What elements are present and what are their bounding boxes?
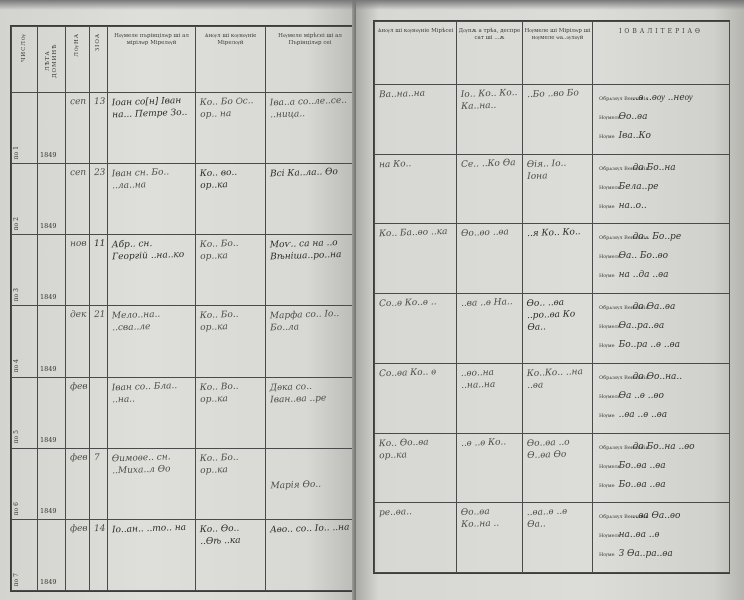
day-value: 14 [90, 520, 108, 539]
row-number-cell: по 3 [12, 235, 38, 306]
row-number-cell: по 4 [12, 306, 38, 377]
witness-label: Нѹмеле [599, 179, 617, 197]
row-number-cell: по 2 [12, 164, 38, 235]
groom-age-cell: Ко.. Во.. ор..ка [196, 377, 266, 448]
banns-text: ..ѳ ..ѳ Ко.. [457, 432, 523, 452]
table-row: Со..ѳ Ко..ѳ .. ..ва ..ѳ На.. Ѳо.. ..ѳа .… [375, 294, 730, 364]
row-number-cell: по 5 [12, 377, 38, 448]
table-row: Со..ѳа Ко.. ѳ ..ѳо..на ..на..на Ко..Ко..… [375, 363, 730, 433]
groom-age-text: Ко.. Ѳо.. ..Ѳѣ ..ка [195, 519, 265, 551]
month-cell: фев [66, 448, 90, 519]
witnesses-cell: Обрѧзѹл Венчанія до Бо..на Нѹмеле Бела..… [593, 154, 730, 224]
groom-age-cell: Ко.. во.. ор..ка [196, 164, 266, 235]
year-cell: 1849 [38, 164, 66, 235]
witness-label: Обрѧзѹл Венчанія [599, 439, 631, 457]
year-value: 1849 [40, 365, 57, 373]
month-value: дек [66, 306, 90, 325]
banns-text: Іо.. Ко.. Ко.. Ка..на.. [456, 84, 522, 116]
banns-text: ..ва ..ѳ На.. [457, 293, 523, 313]
day-cell [90, 377, 108, 448]
day-value: 21 [90, 306, 108, 325]
groom-age-cell: Ко.. Бо.. ор..ка [196, 448, 266, 519]
groom-parents-text: Іоан со[н] Іван на... Петре Зо.. [108, 91, 196, 124]
header-bride-parents: Нѹмеле мірѣсеі ші ал Пърінцілѡр сеі [266, 27, 355, 93]
groom-parents-text: Іван сн. Бо.. ..ла..на [108, 163, 196, 196]
witness-label: Нѹмеле [599, 109, 617, 127]
witnesses-cell: Обрѧзѹл Венчанія до Ѳо..на.. Нѹмеле Ѳа .… [593, 363, 730, 433]
witness-value: на..ѳа ..ѳ [619, 530, 660, 540]
year-value: 1849 [40, 151, 57, 159]
open-register-book: ЧИСЛѸ ЛѢТА ДОМИНѢ ЛѸНА ЗІОА Нѹмеле пърін… [0, 0, 744, 600]
row-number: по 7 [13, 573, 20, 586]
witness-value: до.. Бо..ре [633, 232, 682, 242]
bride-parents-cell: Моѵ.. са на ..о Вѣніша..ро..на [266, 235, 355, 306]
groom-parents-cell: Іван со.. Бла.. ..на.. [108, 377, 196, 448]
witnesses-block: Обрѧзѹл Венчанія до Бо..на ..ѳо Нѹмеле Б… [593, 434, 729, 495]
witness-value: З Ѳа..ра..ѳа [619, 549, 673, 559]
bride-age-text: ре..ѳа.. [375, 502, 457, 523]
bride-age-cell: Ко.. Ба..ѳо ..ка [375, 224, 457, 294]
table-row: Ва..на..на Іо.. Ко.. Ко.. Ка..на.. ..Бо … [375, 85, 730, 155]
month-cell: фев [66, 377, 90, 448]
groom-age-text: Ко.. Бо.. ор..ка [195, 448, 265, 480]
month-cell: нов [66, 235, 90, 306]
groom-parents-text: Ѳимоѳе.. сн. ..Миха..л Ѳо [108, 447, 196, 480]
table-row: ре..ѳа.. Ѳо..ѳа Ко..на .. ..ѳа..ѳ ..ѳ Ѳа… [375, 503, 730, 573]
left-header-row: ЧИСЛѸ ЛѢТА ДОМИНѢ ЛѸНА ЗІОА Нѹмеле пърін… [12, 27, 355, 93]
banns-cell: Ѳо..ѳа Ко..на .. [457, 503, 523, 573]
witness-value: до Бо..на [633, 163, 676, 173]
witness-label: Обрѧзѹл Венчанія [599, 299, 631, 317]
witnesses-header-text: ІОВАЛІТЕРІАѲ [619, 28, 703, 35]
table-row: на Ко.. Се.. ..Ко Ѳа Ѳія.. Іо.. Іона Обр… [375, 154, 730, 224]
priest-cell: Ко..Ко.. ..на ..ѳа [523, 363, 593, 433]
banns-cell: ..ѳо..на ..на..на [457, 363, 523, 433]
day-value: 13 [90, 93, 108, 112]
year-value: 1849 [40, 222, 57, 230]
witness-label: Нѹме [599, 337, 617, 355]
banns-cell: ..ва ..ѳ На.. [457, 294, 523, 364]
bride-parents-cell: Марія Ѳо.. [266, 448, 355, 519]
witness-value: ..ѳ ..ѳѹ ..неѹ [633, 93, 693, 103]
month-cell: сеп [66, 93, 90, 164]
header-day: ЗІОА [90, 27, 108, 93]
bride-age-cell: Ва..на..на [375, 85, 457, 155]
priest-cell: ..я Ко.. Ко.. [523, 224, 593, 294]
witness-value: Іва..Ко [619, 131, 651, 141]
header-groom-age: Ѧнѹл ші кѹнѹніе Мірелѹй [196, 27, 266, 93]
year-value: 1849 [40, 293, 57, 301]
witnesses-cell: Обрѧзѹл Венчанія до Бо..на ..ѳо Нѹмеле Б… [593, 433, 730, 503]
priest-text: Ѳо..ѳа ..о Ѳ..ѳа Ѳо [522, 432, 592, 464]
banns-cell: Ѳо..ѳо ..ѳа [457, 224, 523, 294]
witnesses-block: Обрѧзѹл Венчанія ..ѳа Ѳа..ѳо Нѹмеле на..… [593, 503, 729, 564]
table-row: Ко.. Ба..ѳо ..ка Ѳо..ѳо ..ѳа ..я Ко.. Ко… [375, 224, 730, 294]
witnesses-block: Обрѧзѹл Венчанія до Ѳо..на.. Нѹмеле Ѳа .… [593, 364, 729, 425]
left-register-table: ЧИСЛѸ ЛѢТА ДОМИНѢ ЛѸНА ЗІОА Нѹмеле пърін… [10, 25, 355, 592]
table-row: по 4 1849 дек 21 Мело..на.. ..сва..ле Ко… [12, 306, 355, 377]
bride-age-text: Ва..на..на [375, 84, 457, 105]
day-value [90, 377, 107, 384]
priest-text: Ко..Ко.. ..на ..ѳа [522, 363, 592, 395]
witness-label: Обрѧзѹл Венчанія [599, 229, 631, 247]
right-header-row: Ѧнѹл ші кѹнѹніе Мірѣсеі Дѹпѫ а трѣа, дес… [375, 22, 730, 85]
bride-parents-text: Аѳо.. со.. Іо.. ..на [266, 518, 355, 539]
witness-label: Нѹме [599, 477, 617, 495]
left-page: ЧИСЛѸ ЛѢТА ДОМИНѢ ЛѸНА ЗІОА Нѹмеле пърін… [0, 0, 360, 600]
bride-age-cell: Со..ѳа Ко.. ѳ [375, 363, 457, 433]
month-value: фев [66, 519, 90, 538]
priest-cell: Ѳо..ѳа ..о Ѳ..ѳа Ѳо [523, 433, 593, 503]
witnesses-block: Обрѧзѹл Венчанія до Бо..на Нѹмеле Бела..… [593, 155, 729, 216]
month-value: сеп [66, 93, 90, 112]
witness-value: на ..да ..ѳа [619, 270, 669, 280]
year-cell: 1849 [38, 448, 66, 519]
month-value: сеп [66, 164, 90, 183]
header-witnesses: ІОВАЛІТЕРІАѲ [593, 22, 730, 85]
row-number-cell: по 7 [12, 519, 38, 590]
groom-parents-cell: Іван сн. Бо.. ..ла..на [108, 164, 196, 235]
bride-parents-cell: Всі Ка..ла.. Ѳо [266, 164, 355, 235]
month-value: нов [66, 235, 90, 254]
table-row: по 7 1849 фев 14 Іо..ан.. ..то.. на Ко..… [12, 519, 355, 590]
groom-parents-cell: Абр.. сн. Георгій ..на..ко [108, 235, 196, 306]
groom-parents-text: Мело..на.. ..сва..ле [108, 305, 196, 338]
witness-value: Ѳа.. Бо..ѳо [619, 251, 668, 261]
witnesses-block: Обрѧзѹл Венчанія ..ѳ ..ѳѹ ..неѹ Нѹмеле Ѳ… [593, 85, 729, 146]
groom-age-text: Ко.. Во.. ор..ка [195, 376, 265, 408]
header-groom-parents: Нѹмеле пърінцілѡр ші ал мірілѡр Мірелѹй [108, 27, 196, 93]
header-priest: Нѹмеле ші Мірілѡр ші нѹмеле ѡа..ѹлѹй [523, 22, 593, 85]
row-number: по 2 [13, 217, 20, 230]
month-cell: фев [66, 519, 90, 590]
row-number: по 3 [13, 288, 20, 301]
witness-value: Бо..ѳа ..ѳа [619, 461, 666, 471]
banns-text: Ѳо..ѳа Ко..на .. [456, 502, 522, 534]
bride-parents-text: Всі Ка..ла.. Ѳо [266, 163, 355, 184]
header-month: ЛѸНА [66, 27, 90, 93]
witnesses-block: Обрѧзѹл Венчанія до Ѳа..ѳа Нѹмеле Ѳа..ра… [593, 294, 729, 355]
witness-value: на..о.. [619, 201, 647, 211]
witness-value: Ѳо..ѳа [619, 112, 648, 122]
month-cell: дек [66, 306, 90, 377]
bride-parents-cell: Марфа со.. Іо.. Бо..ла [266, 306, 355, 377]
bride-age-text: Ко.. Ѳо..ѳа ор..ка [375, 432, 457, 465]
witness-label: Нѹме [599, 407, 617, 425]
table-row: по 1 1849 сеп 13 Іоан со[н] Іван на... П… [12, 93, 355, 164]
table-row: по 3 1849 нов 11 Абр.. сн. Георгій ..на.… [12, 235, 355, 306]
witness-label: Нѹме [599, 128, 617, 146]
priest-cell: Ѳо.. ..ѳа ..ро..ѳа Ко Ѳа.. [523, 294, 593, 364]
row-number: по 5 [13, 430, 20, 443]
witnesses-cell: Обрѧзѹл Венчанія ..ѳа Ѳа..ѳо Нѹмеле на..… [593, 503, 730, 573]
witness-value: Бела..ре [619, 182, 659, 192]
groom-age-cell: Ко.. Бо.. ор..ка [196, 306, 266, 377]
month-value: фев [66, 448, 90, 467]
groom-parents-cell: Мело..на.. ..сва..ле [108, 306, 196, 377]
groom-parents-cell: Іо..ан.. ..то.. на [108, 519, 196, 590]
table-row: Ко.. Ѳо..ѳа ор..ка ..ѳ ..ѳ Ко.. Ѳо..ѳа .… [375, 433, 730, 503]
day-value: 23 [90, 164, 108, 183]
header-banns: Дѹпѫ а трѣа, деспре сат ші ...ѫ [457, 22, 523, 85]
bride-parents-text: Марія Ѳо.. [265, 447, 355, 495]
witness-label: Обрѧзѹл Венчанія [599, 90, 631, 108]
witness-label: Нѹме [599, 546, 617, 564]
priest-text: Ѳія.. Іо.. Іона [522, 154, 592, 186]
groom-age-text: Ко.. во.. ор..ка [195, 163, 265, 195]
header-year: ЛѢТА ДОМИНѢ [38, 27, 66, 93]
year-cell: 1849 [38, 235, 66, 306]
witness-value: Ѳа..ра..ѳа [619, 321, 665, 331]
bride-parents-text: Іва..а со..ле..се.. ..ница.. [266, 91, 355, 124]
groom-parents-cell: Іоан со[н] Іван на... Петре Зо.. [108, 93, 196, 164]
year-cell: 1849 [38, 306, 66, 377]
priest-text: ..я Ко.. Ко.. [523, 223, 593, 243]
banns-cell: ..ѳ ..ѳ Ко.. [457, 433, 523, 503]
bride-age-cell: Ко.. Ѳо..ѳа ор..ка [375, 433, 457, 503]
banns-cell: Се.. ..Ко Ѳа [457, 154, 523, 224]
bride-age-cell: на Ко.. [375, 154, 457, 224]
witness-label: Нѹме [599, 198, 617, 216]
priest-cell: ..Бо ..во Бо [523, 85, 593, 155]
priest-text: ..Бо ..во Бо [523, 84, 593, 104]
groom-parents-text: Абр.. сн. Георгій ..на..ко [108, 234, 196, 267]
priest-text: Ѳо.. ..ѳа ..ро..ѳа Ко Ѳа.. [522, 293, 592, 337]
day-value: 11 [90, 235, 108, 254]
year-value: 1849 [40, 507, 57, 515]
priest-text: ..ѳа..ѳ ..ѳ Ѳа.. [522, 502, 592, 534]
day-value: 7 [90, 448, 108, 467]
day-cell: 11 [90, 235, 108, 306]
row-number: по 4 [13, 359, 20, 372]
groom-parents-text: Іван со.. Бла.. ..на.. [108, 376, 196, 409]
day-cell: 23 [90, 164, 108, 235]
bride-age-text: Со..ѳа Ко.. ѳ [375, 362, 457, 383]
banns-text: Ѳо..ѳо ..ѳа [457, 223, 523, 243]
bride-parents-text: Дѳка со.. Іван..ва ..ре [266, 376, 355, 409]
year-value: 1849 [40, 436, 57, 444]
bride-parents-cell: Дѳка со.. Іван..ва ..ре [266, 377, 355, 448]
witness-label: Нѹмеле [599, 458, 617, 476]
priest-cell: ..ѳа..ѳ ..ѳ Ѳа.. [523, 503, 593, 573]
row-number-cell: по 6 [12, 448, 38, 519]
witness-value: Ѳа ..ѳ ..ѳо [619, 391, 664, 401]
witnesses-cell: Обрѧзѹл Венчанія ..ѳ ..ѳѹ ..неѹ Нѹмеле Ѳ… [593, 85, 730, 155]
table-row: по 5 1849 фев Іван со.. Бла.. ..на.. Ко.… [12, 377, 355, 448]
year-cell: 1849 [38, 93, 66, 164]
day-cell: 13 [90, 93, 108, 164]
witness-value: Бо..ѳа ..ѳа [619, 480, 666, 490]
row-number-cell: по 1 [12, 93, 38, 164]
day-cell: 7 [90, 448, 108, 519]
witness-label: Нѹмеле [599, 248, 617, 266]
witness-label: Нѹме [599, 267, 617, 285]
row-number: по 6 [13, 502, 20, 515]
banns-cell: Іо.. Ко.. Ко.. Ка..на.. [457, 85, 523, 155]
day-cell: 14 [90, 519, 108, 590]
month-value: фев [66, 377, 90, 396]
bride-age-cell: Со..ѳ Ко..ѳ .. [375, 294, 457, 364]
groom-age-cell: Ко.. Ѳо.. ..Ѳѣ ..ка [196, 519, 266, 590]
bride-parents-cell: Іва..а со..ле..се.. ..ница.. [266, 93, 355, 164]
witness-label: Нѹмеле [599, 318, 617, 336]
groom-parents-text: Іо..ан.. ..то.. на [108, 518, 196, 539]
right-page: Ѧнѹл ші кѹнѹніе Мірѣсеі Дѹпѫ а трѣа, дес… [356, 0, 744, 600]
year-cell: 1849 [38, 377, 66, 448]
top-shadow [0, 0, 744, 10]
header-bride-age: Ѧнѹл ші кѹнѹніе Мірѣсеі [375, 22, 457, 85]
priest-cell: Ѳія.. Іо.. Іона [523, 154, 593, 224]
groom-age-text: Ко.. Бо Ѻс.. ор.. на [195, 92, 265, 124]
witness-value: до Ѳо..на.. [633, 372, 683, 382]
bride-age-text: Ко.. Ба..ѳо ..ка [375, 223, 457, 244]
witness-value: Бо..ра ..ѳ ..ѳа [619, 340, 680, 350]
groom-age-cell: Ко.. Бо.. ор..ка [196, 235, 266, 306]
year-cell: 1849 [38, 519, 66, 590]
witnesses-block: Обрѧзѹл Венчанія до.. Бо..ре Нѹмеле Ѳа..… [593, 224, 729, 285]
witness-label: Нѹмеле [599, 527, 617, 545]
header-number: ЧИСЛѸ [12, 27, 38, 93]
right-register-table: Ѧнѹл ші кѹнѹніе Мірѣсеі Дѹпѫ а трѣа, дес… [373, 20, 730, 574]
day-cell: 21 [90, 306, 108, 377]
witness-label: Нѹмеле [599, 388, 617, 406]
witnesses-cell: Обрѧзѹл Венчанія до Ѳа..ѳа Нѹмеле Ѳа..ра… [593, 294, 730, 364]
row-number: по 1 [13, 146, 20, 159]
bride-parents-text: Марфа со.. Іо.. Бо..ла [266, 305, 355, 338]
witness-value: до Ѳа..ѳа [633, 302, 676, 312]
witness-value: ..ѳа Ѳа..ѳо [633, 511, 681, 521]
groom-parents-cell: Ѳимоѳе.. сн. ..Миха..л Ѳо [108, 448, 196, 519]
bride-parents-cell: Аѳо.. со.. Іо.. ..на [266, 519, 355, 590]
table-row: по 2 1849 сеп 23 Іван сн. Бо.. ..ла..на … [12, 164, 355, 235]
month-cell: сеп [66, 164, 90, 235]
groom-age-text: Ко.. Бо.. ор..ка [195, 305, 265, 337]
groom-age-text: Ко.. Бо.. ор..ка [195, 234, 265, 266]
witness-label: Обрѧзѹл Венчанія [599, 369, 631, 387]
witness-value: ..ѳа ..ѳ ..ѳа [619, 410, 668, 420]
bride-age-text: Со..ѳ Ко..ѳ .. [375, 293, 457, 314]
groom-age-cell: Ко.. Бо Ѻс.. ор.. на [196, 93, 266, 164]
witness-label: Обрѧзѹл Венчанія [599, 160, 631, 178]
bride-parents-text: Моѵ.. са на ..о Вѣніша..ро..на [266, 234, 355, 267]
bride-age-text: на Ко.. [375, 153, 457, 174]
table-row: по 6 1849 фев 7 Ѳимоѳе.. сн. ..Миха..л Ѳ… [12, 448, 355, 519]
witness-label: Обрѧзѹл Венчанія [599, 508, 631, 526]
year-value: 1849 [40, 578, 57, 586]
bride-age-cell: ре..ѳа.. [375, 503, 457, 573]
banns-text: ..ѳо..на ..на..на [456, 363, 522, 395]
witness-value: до Бо..на ..ѳо [633, 442, 695, 452]
witnesses-cell: Обрѧзѹл Венчанія до.. Бо..ре Нѹмеле Ѳа..… [593, 224, 730, 294]
banns-text: Се.. ..Ко Ѳа [457, 154, 523, 174]
